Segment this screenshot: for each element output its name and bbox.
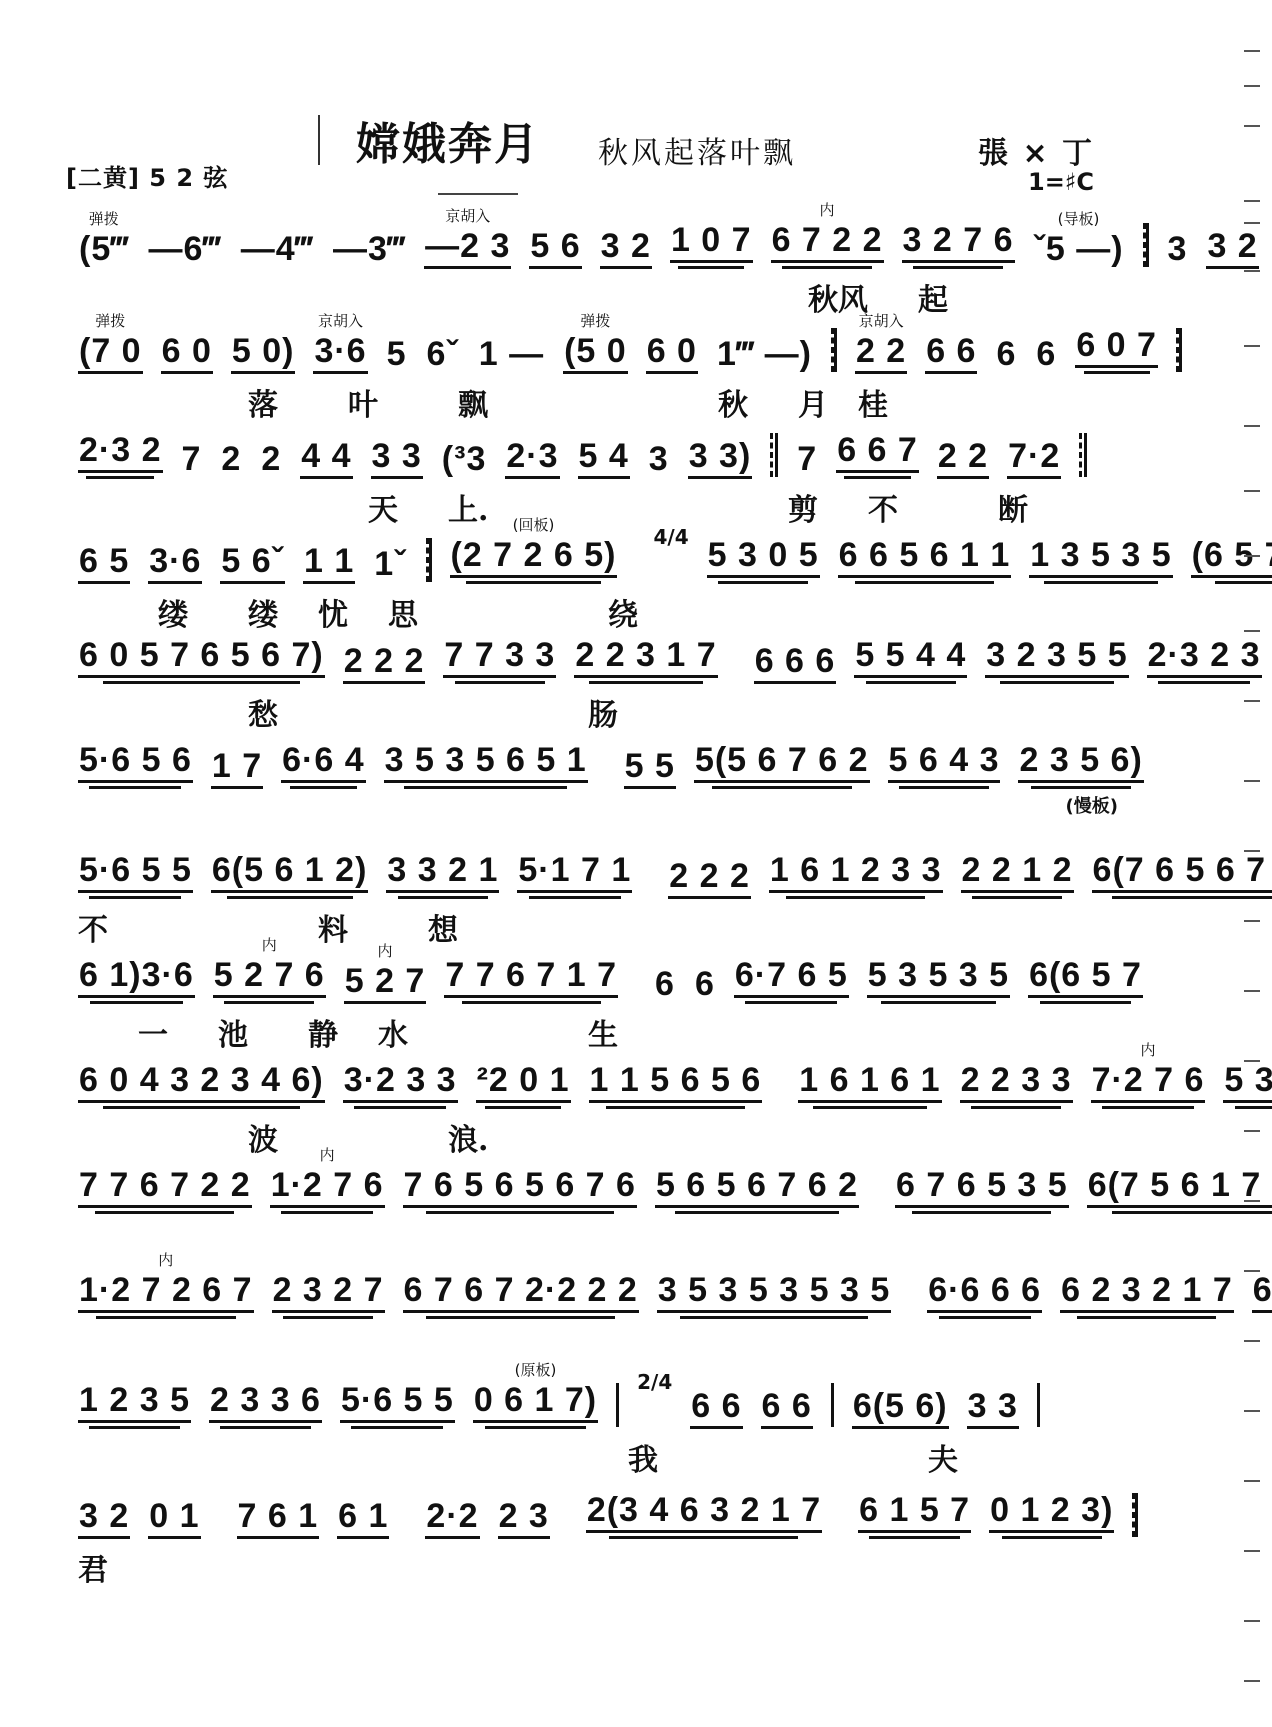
beam-line <box>96 1316 236 1319</box>
notes: 5 <box>386 334 408 374</box>
notes: 5 6 <box>529 226 581 269</box>
notes: 3·2 3 3 <box>343 1060 458 1103</box>
note-group: 2·3 2 <box>78 410 163 479</box>
note-group: 6(6 5 7 <box>1028 935 1143 1004</box>
beam-line <box>103 681 300 684</box>
note-group: —4‴ <box>240 209 314 269</box>
beam-line <box>678 266 744 269</box>
note-group: 5 6 <box>529 206 581 269</box>
note-group: 1‴ —) <box>716 314 813 374</box>
notes: 6 <box>654 964 676 1004</box>
score-row: 6 0 5 7 6 5 6 7)2 2 27 7 3 32 2 3 1 76 6… <box>78 615 1118 730</box>
note-group: 2 2 2 <box>343 621 426 684</box>
notation-line: 3 20 17 6 16 12·22 32(3 4 6 3 2 1 76 1 5… <box>78 1470 1118 1539</box>
beam-line <box>813 1106 928 1109</box>
note-group: 1 6 1 2 3 3 <box>769 830 943 899</box>
notes: 3 3 2 1 <box>386 850 499 893</box>
notation-line: 1 2 3 52 3 3 65·6 5 5(原板)0 6 1 7)2/46 66… <box>78 1360 1118 1429</box>
note-group: 5·1 7 1 <box>517 830 632 899</box>
note-group: 2 2 1 2 <box>961 830 1074 899</box>
margin-tick <box>1244 1060 1260 1062</box>
beam-line <box>89 1426 179 1429</box>
performance-annotation: 内 <box>320 1145 335 1165</box>
note-group: (导板)ˇ5 —) <box>1033 209 1125 269</box>
margin-ticks <box>1236 0 1266 1727</box>
notes: 7·2 7 6 <box>1091 1060 1206 1103</box>
note-group: 5 3 0 5 <box>707 515 820 584</box>
beam-line <box>680 1316 868 1319</box>
note-group: 1 6 1 6 1 <box>798 1040 941 1109</box>
beam-line <box>283 1316 373 1319</box>
margin-tick <box>1244 50 1260 52</box>
notes: 2 <box>220 439 242 479</box>
note-group: 2 <box>260 419 282 479</box>
margin-tick <box>1244 85 1260 87</box>
note-group: 3 3 2 1 <box>386 830 499 899</box>
note-group: 1 1 5 6 5 6 <box>589 1040 763 1109</box>
note-group: 2 3 <box>498 1476 550 1539</box>
barline <box>616 1383 619 1427</box>
notes: 5 6ˇ <box>220 541 285 584</box>
score-row: 6 53·65 6ˇ1 11ˇ(回板)(2 7 2 6 5)4/45 3 0 5… <box>78 515 1118 630</box>
note-group: 2 2 3 1 7 <box>574 615 717 684</box>
divider <box>438 193 518 195</box>
notes: 3 5 3 5 6 5 1 <box>384 740 588 783</box>
note-group: 6 6 <box>761 1366 813 1429</box>
notes: 5 3 0 5 <box>707 535 820 578</box>
note-group: 6 6 <box>690 1366 742 1429</box>
score-page: [二黄] 5 2 弦 嫦娥奔月 秋风起落叶飘 張 × 丁 1=♯C 弹拨(5‴—… <box>0 0 1272 1727</box>
note-group: 6 6 5 6 1 1 <box>838 515 1012 584</box>
note-group: 3 5 3 5 3 5 3 5 <box>657 1250 891 1319</box>
beam-line <box>398 896 488 899</box>
note-group: 1 7 <box>211 726 263 789</box>
beam-line <box>404 786 567 789</box>
notes: 5 5 4 4 <box>854 635 967 678</box>
margin-tick <box>1244 1550 1260 1552</box>
notes: 1 — <box>478 334 545 374</box>
barline <box>1079 433 1087 477</box>
notes: 2 3 5 6) <box>1018 740 1143 783</box>
beam-line <box>462 1001 601 1004</box>
note-group: (³3 <box>441 419 488 479</box>
margin-tick <box>1244 1620 1260 1622</box>
beam-line <box>426 1211 614 1214</box>
beam-line <box>866 681 956 684</box>
notes: 2·2 <box>425 1496 479 1539</box>
barline <box>1132 1493 1138 1537</box>
note-group: 2 3 3 6 <box>209 1360 322 1429</box>
notes: 3·6 <box>148 541 202 584</box>
notation-line: 5·6 5 56(5 6 1 2)3 3 2 15·1 7 12 2 21 6 … <box>78 830 1118 899</box>
note-group: 3 3) <box>688 416 753 479</box>
notes: 6 6 5 6 1 1 <box>838 535 1012 578</box>
beam-line <box>869 1536 959 1539</box>
note-group: 6 <box>694 944 716 1004</box>
note-group: 弹拨(7 0 <box>78 311 143 374</box>
notes: 5·1 7 1 <box>517 850 632 893</box>
beam-line <box>1031 786 1131 789</box>
note-group: 4 4 <box>300 416 352 479</box>
margin-tick <box>1244 222 1260 224</box>
beam-line <box>782 266 872 269</box>
beam-line <box>855 581 994 584</box>
mode-label: [二黄] 5 2 弦 <box>66 158 228 193</box>
note-group: 5·6 5 5 <box>340 1360 455 1429</box>
notes: 1 7 <box>211 746 263 789</box>
notes: 3 <box>648 439 670 479</box>
notes: 7 7 6 7 1 7 <box>444 955 618 998</box>
performance-annotation: (回板) <box>513 515 555 535</box>
notes: —4‴ <box>240 229 314 269</box>
page-title: 嫦娥奔月 <box>356 108 540 172</box>
note-group: 5 6 4 3 <box>888 720 1001 789</box>
note-group: 6 <box>654 944 676 1004</box>
notes: (5 0 <box>563 331 628 374</box>
note-group: 5·6 5 5 <box>78 830 193 899</box>
note-group: 5 <box>386 314 408 374</box>
notes: 6(6 5 7 <box>1028 955 1143 998</box>
barline <box>1143 223 1149 267</box>
note-group: 6 6 6 <box>754 621 837 684</box>
margin-tick <box>1244 1340 1260 1342</box>
notes: 7 <box>796 439 818 479</box>
note-group: 3·6 <box>148 521 202 584</box>
notes: 6 <box>995 334 1017 374</box>
note-group: 6 1 5 7 <box>858 1470 971 1539</box>
note-group: 6 7 6 5 3 5 <box>895 1145 1069 1214</box>
note-group: 3 2 <box>78 1476 130 1539</box>
notes: 2·3 <box>505 436 559 479</box>
notes: 4 4 <box>300 436 352 479</box>
notes: 6 7 6 7 2·2 2 2 <box>403 1270 639 1313</box>
notes: 6 0 5 7 6 5 6 7) <box>78 635 325 678</box>
notation-line: 弹拨(5‴—6‴—4‴—3‴京胡入—2 35 63 21 0 7内6 7 2 2… <box>78 200 1118 269</box>
notes: 3 2 7 6 <box>902 220 1015 263</box>
beam-line <box>86 476 154 479</box>
notes: 6 6 6 <box>754 641 837 684</box>
beam-line <box>426 1316 615 1319</box>
barline <box>831 1383 834 1427</box>
note-group: 2 3 5 6) <box>1018 720 1143 789</box>
margin-tick <box>1244 920 1260 922</box>
note-group: 5·6 5 6 <box>78 720 193 789</box>
beam-line <box>281 1211 373 1214</box>
performance-annotation: 京胡入 <box>859 311 904 331</box>
beam-line <box>90 1001 183 1004</box>
performance-annotation: 内 <box>158 1250 173 1270</box>
notation-line: 6 0 4 3 2 3 4 6)3·2 3 3²2 0 11 1 5 6 5 6… <box>78 1040 1118 1109</box>
performance-annotation: 弹拨 <box>95 311 125 331</box>
lyrics-line: 君 <box>78 1545 1118 1585</box>
note-group: 3 <box>648 419 670 479</box>
beam-line <box>939 1316 1031 1319</box>
notes: 5·6 5 5 <box>340 1380 455 1423</box>
note-group: (回板)(2 7 2 6 5) <box>450 515 618 584</box>
beam-line <box>485 1426 585 1429</box>
notes: 1 1 5 6 5 6 <box>589 1060 763 1103</box>
beam-line <box>912 1211 1051 1214</box>
beam-line <box>1040 1001 1132 1004</box>
notes: ²2 0 1 <box>476 1060 571 1103</box>
margin-tick <box>1244 700 1260 702</box>
notes: 7 7 6 7 2 2 <box>78 1165 252 1208</box>
note-group: 7 7 3 3 <box>443 615 556 684</box>
note-group: 内1·2 7 6 <box>270 1145 385 1214</box>
beam-line <box>609 1536 798 1539</box>
note-group: 2 3 2 7 <box>272 1250 385 1319</box>
beam-line <box>844 476 910 479</box>
note-group: 6 0 4 3 2 3 4 6) <box>78 1040 325 1109</box>
margin-tick <box>1244 1680 1260 1682</box>
note-group: 6(5 6) <box>852 1366 949 1429</box>
note-group: 6 6 <box>925 311 977 374</box>
notes: 3 2 <box>600 226 652 269</box>
note-group: 5(5 6 7 6 2 <box>694 720 870 789</box>
note-group: 内5 2 7 <box>344 941 427 1004</box>
note-group: 3 3 <box>371 416 423 479</box>
score-row: 1 2 3 52 3 3 65·6 5 5(原板)0 6 1 7)2/46 66… <box>78 1360 1118 1475</box>
note-group: 6 0 <box>161 311 213 374</box>
note-group: 7·2 <box>1007 416 1061 479</box>
notes: 6 0 <box>646 331 698 374</box>
notes: 5 4 <box>578 436 630 479</box>
note-group: 2 2 2 <box>668 836 751 899</box>
notes: 2 3 3 6 <box>209 1380 322 1423</box>
key-signature: 1=♯C <box>1028 168 1094 196</box>
notes: 1 3 5 3 5 <box>1029 535 1172 578</box>
time-signature: 4/4 <box>653 525 688 549</box>
note-group: 7 7 6 7 2 2 <box>78 1145 252 1214</box>
notes: 6 5 <box>78 541 130 584</box>
performance-annotation: 京胡入 <box>445 206 490 226</box>
notes: 7 <box>181 439 203 479</box>
notes: 2 2 3 1 7 <box>574 635 717 678</box>
notes: 5 6 4 3 <box>888 740 1001 783</box>
beam-line <box>1000 681 1115 684</box>
divider <box>318 115 320 165</box>
performance-annotation: 内 <box>820 200 835 220</box>
beam-line <box>881 1001 996 1004</box>
notes: 6 7 2 2 <box>771 220 884 263</box>
note-group: 6·6 6 6 <box>927 1250 1042 1319</box>
beam-line <box>1084 371 1150 374</box>
performance-annotation: 内 <box>262 935 277 955</box>
notes: 6(5 6) <box>852 1386 949 1429</box>
note-group: —3‴ <box>332 209 406 269</box>
note-group: 内1·2 7 2 6 7 <box>78 1250 254 1319</box>
notes: 1·2 7 6 <box>270 1165 385 1208</box>
beam-line <box>103 1106 300 1109</box>
barline <box>1037 1383 1040 1427</box>
note-group: 6 0 5 7 6 5 6 7) <box>78 615 325 684</box>
notation-line: 内1·2 7 2 6 72 3 2 76 7 6 7 2·2 2 23 5 3 … <box>78 1250 1118 1319</box>
margin-tick <box>1244 1410 1260 1412</box>
notes: 7 6 1 <box>237 1496 320 1539</box>
notes: 2(3 4 6 3 2 1 7 <box>586 1490 822 1533</box>
barline <box>770 433 778 477</box>
beam-line <box>290 786 358 789</box>
notes: 6·6 4 <box>281 740 366 783</box>
notes: 5 2 7 <box>344 961 427 1004</box>
note-group: 7 <box>181 419 203 479</box>
note-group: 1 — <box>478 314 545 374</box>
beam-line <box>718 581 808 584</box>
note-group: 5 6 5 6 7 6 2 <box>655 1145 859 1214</box>
note-group: (原板)0 6 1 7) <box>473 1360 598 1429</box>
note-group: 5 3 5 3 5 <box>867 935 1010 1004</box>
notes: 5 2 7 6 <box>213 955 326 998</box>
note-group: 6ˇ <box>426 314 460 374</box>
notes: 7 7 3 3 <box>443 635 556 678</box>
margin-tick <box>1244 1270 1260 1272</box>
score-row: 3 20 17 6 16 12·22 32(3 4 6 3 2 1 76 1 5… <box>78 1470 1118 1585</box>
margin-tick <box>1244 1480 1260 1482</box>
note-group: 6 <box>1035 314 1057 374</box>
score-row: 6 1)3·6内5 2 7 6内5 2 77 7 6 7 1 7666·7 6 … <box>78 935 1118 1050</box>
beam-line <box>745 1001 837 1004</box>
score-row: 弹拨(5‴—6‴—4‴—3‴京胡入—2 35 63 21 0 7内6 7 2 2… <box>78 200 1118 315</box>
notes: (7 0 <box>78 331 143 374</box>
beam-line <box>589 681 704 684</box>
margin-tick <box>1244 630 1260 632</box>
notes: 6 1)3·6 <box>78 955 195 998</box>
beam-line <box>913 266 1003 269</box>
note-group: 0 1 <box>148 1476 200 1539</box>
composer: 張 × 丁 <box>978 128 1094 172</box>
notes: 2 <box>260 439 282 479</box>
note-group: 1 1 <box>303 521 355 584</box>
note-group: 内6 7 2 2 <box>771 200 884 269</box>
notes: 6 6 <box>690 1386 742 1429</box>
note-group: 3·2 3 3 <box>343 1040 458 1109</box>
beam-line <box>466 581 600 584</box>
notes: 6 <box>694 964 716 1004</box>
notes: 2 2 <box>855 331 907 374</box>
notes: (5‴ <box>78 229 130 269</box>
notation-line: 7 7 6 7 2 2内1·2 7 67 6 5 6 5 6 7 65 6 5 … <box>78 1145 1118 1214</box>
beam-line <box>485 1106 561 1109</box>
notes: ˇ5 —) <box>1033 229 1125 269</box>
note-group: 7 6 1 <box>237 1476 320 1539</box>
note-group: 2 2 <box>937 416 989 479</box>
note-group: 2 2 3 3 <box>960 1040 1073 1109</box>
notes: 2 3 2 7 <box>272 1270 385 1313</box>
notes: 2 3 <box>498 1496 550 1539</box>
note-group: 3 2 7 6 <box>902 200 1015 269</box>
margin-tick <box>1244 345 1260 347</box>
notation-line: 弹拨(7 06 05 0)京胡入3·656ˇ1 —弹拨(5 06 01‴ —)京… <box>78 305 1118 374</box>
notes: 6(5 6 1 2) <box>211 850 369 893</box>
note-group: 京胡入3·6 <box>313 311 367 374</box>
lyrics-line <box>78 1325 1118 1365</box>
note-group: 6 1)3·6 <box>78 935 195 1004</box>
note-group: 2·3 <box>505 416 559 479</box>
notes: 3 <box>1167 229 1189 269</box>
note-group: 弹拨(5‴ <box>78 209 130 269</box>
margin-tick <box>1244 555 1260 557</box>
score-row: 5·6 5 56(5 6 1 2)3 3 2 15·1 7 12 2 21 6 … <box>78 830 1118 945</box>
notes: 1 2 3 5 <box>78 1380 191 1423</box>
barline <box>831 328 837 372</box>
notes: 2 2 2 <box>668 856 751 899</box>
notes: 6 2 3 2 1 7 <box>1060 1270 1234 1313</box>
note-group: 6·7 6 5 <box>734 935 849 1004</box>
notes: 1‴ —) <box>716 334 813 374</box>
margin-tick <box>1244 200 1260 202</box>
note-group: 6(5 6 1 2) <box>211 830 369 899</box>
note-group: 3 5 3 5 6 5 1 <box>384 720 588 789</box>
score-row: 内1·2 7 2 6 72 3 2 76 7 6 7 2·2 2 23 5 3 … <box>78 1250 1118 1365</box>
note-group: 弹拨(5 0 <box>563 311 628 374</box>
note-group: 3 <box>1167 209 1189 269</box>
note-group: 内7·2 7 6 <box>1091 1040 1206 1109</box>
notes: 5 5 <box>624 746 676 789</box>
beam-line <box>89 786 181 789</box>
notes: 6 6 <box>761 1386 813 1429</box>
note-group: 6 7 6 7 2·2 2 2 <box>403 1250 639 1319</box>
beam-line <box>606 1106 745 1109</box>
score-row: 5·6 5 61 76·6 43 5 3 5 6 5 15 55(5 6 7 6… <box>78 720 1118 835</box>
notes: 3 3) <box>688 436 753 479</box>
notes: 2·3 2 <box>78 430 163 473</box>
notes: 2 2 3 3 <box>960 1060 1073 1103</box>
margin-tick <box>1244 490 1260 492</box>
notes: 6 <box>1035 334 1057 374</box>
notes: 7 6 5 6 5 6 7 6 <box>403 1165 637 1208</box>
time-signature: 2/4 <box>637 1370 672 1394</box>
performance-annotation: (导板) <box>1058 209 1100 229</box>
notes: 6 0 <box>161 331 213 374</box>
notes: 3 2 <box>78 1496 130 1539</box>
tempo-marker: (慢板) <box>1066 792 1118 818</box>
notes: 2 2 2 <box>343 641 426 684</box>
notes: (³3 <box>441 439 488 479</box>
note-group: 1ˇ <box>373 524 407 584</box>
notation-line: 6 0 5 7 6 5 6 7)2 2 27 7 3 32 2 3 1 76 6… <box>78 615 1118 684</box>
notes: 6·7 6 5 <box>734 955 849 998</box>
performance-annotation: 弹拨 <box>89 209 119 229</box>
notes: 3·6 <box>313 331 367 374</box>
lyrics-line: 我夫 <box>78 1435 1118 1475</box>
notes: 1·2 7 2 6 7 <box>78 1270 254 1313</box>
beam-line <box>220 1426 310 1429</box>
score-row: 2·3 27224 43 3(³32·35 433 3)76 6 72 27·2… <box>78 410 1118 525</box>
note-group: 5 6ˇ <box>220 521 285 584</box>
score-row: 弹拨(7 06 05 0)京胡入3·656ˇ1 —弹拨(5 06 01‴ —)京… <box>78 305 1118 420</box>
note-group: 2·2 <box>425 1476 479 1539</box>
beam-line <box>675 1211 838 1214</box>
performance-annotation: 内 <box>1140 1040 1155 1060</box>
beam-line <box>786 896 925 899</box>
note-group: 2(3 4 6 3 2 1 7 <box>586 1470 822 1539</box>
margin-tick <box>1244 990 1260 992</box>
notes: 5·6 5 5 <box>78 850 193 893</box>
notation-line: 5·6 5 61 76·6 43 5 3 5 6 5 15 55(5 6 7 6… <box>78 720 1118 789</box>
notation-line: 6 1)3·6内5 2 7 6内5 2 77 7 6 7 1 7666·7 6 … <box>78 935 1118 1004</box>
subtitle: 秋风起落叶飘 <box>598 128 796 172</box>
beam-line <box>972 896 1062 899</box>
beam-line <box>1077 1316 1216 1319</box>
beam-line <box>529 896 621 899</box>
note-group: 京胡入—2 3 <box>424 206 511 269</box>
beam-line <box>89 896 181 899</box>
margin-tick <box>1244 780 1260 782</box>
note-group: 6·6 4 <box>281 720 366 789</box>
beam-line <box>1102 1106 1194 1109</box>
margin-tick <box>1244 270 1260 272</box>
notes: 3 3 <box>967 1386 1019 1429</box>
